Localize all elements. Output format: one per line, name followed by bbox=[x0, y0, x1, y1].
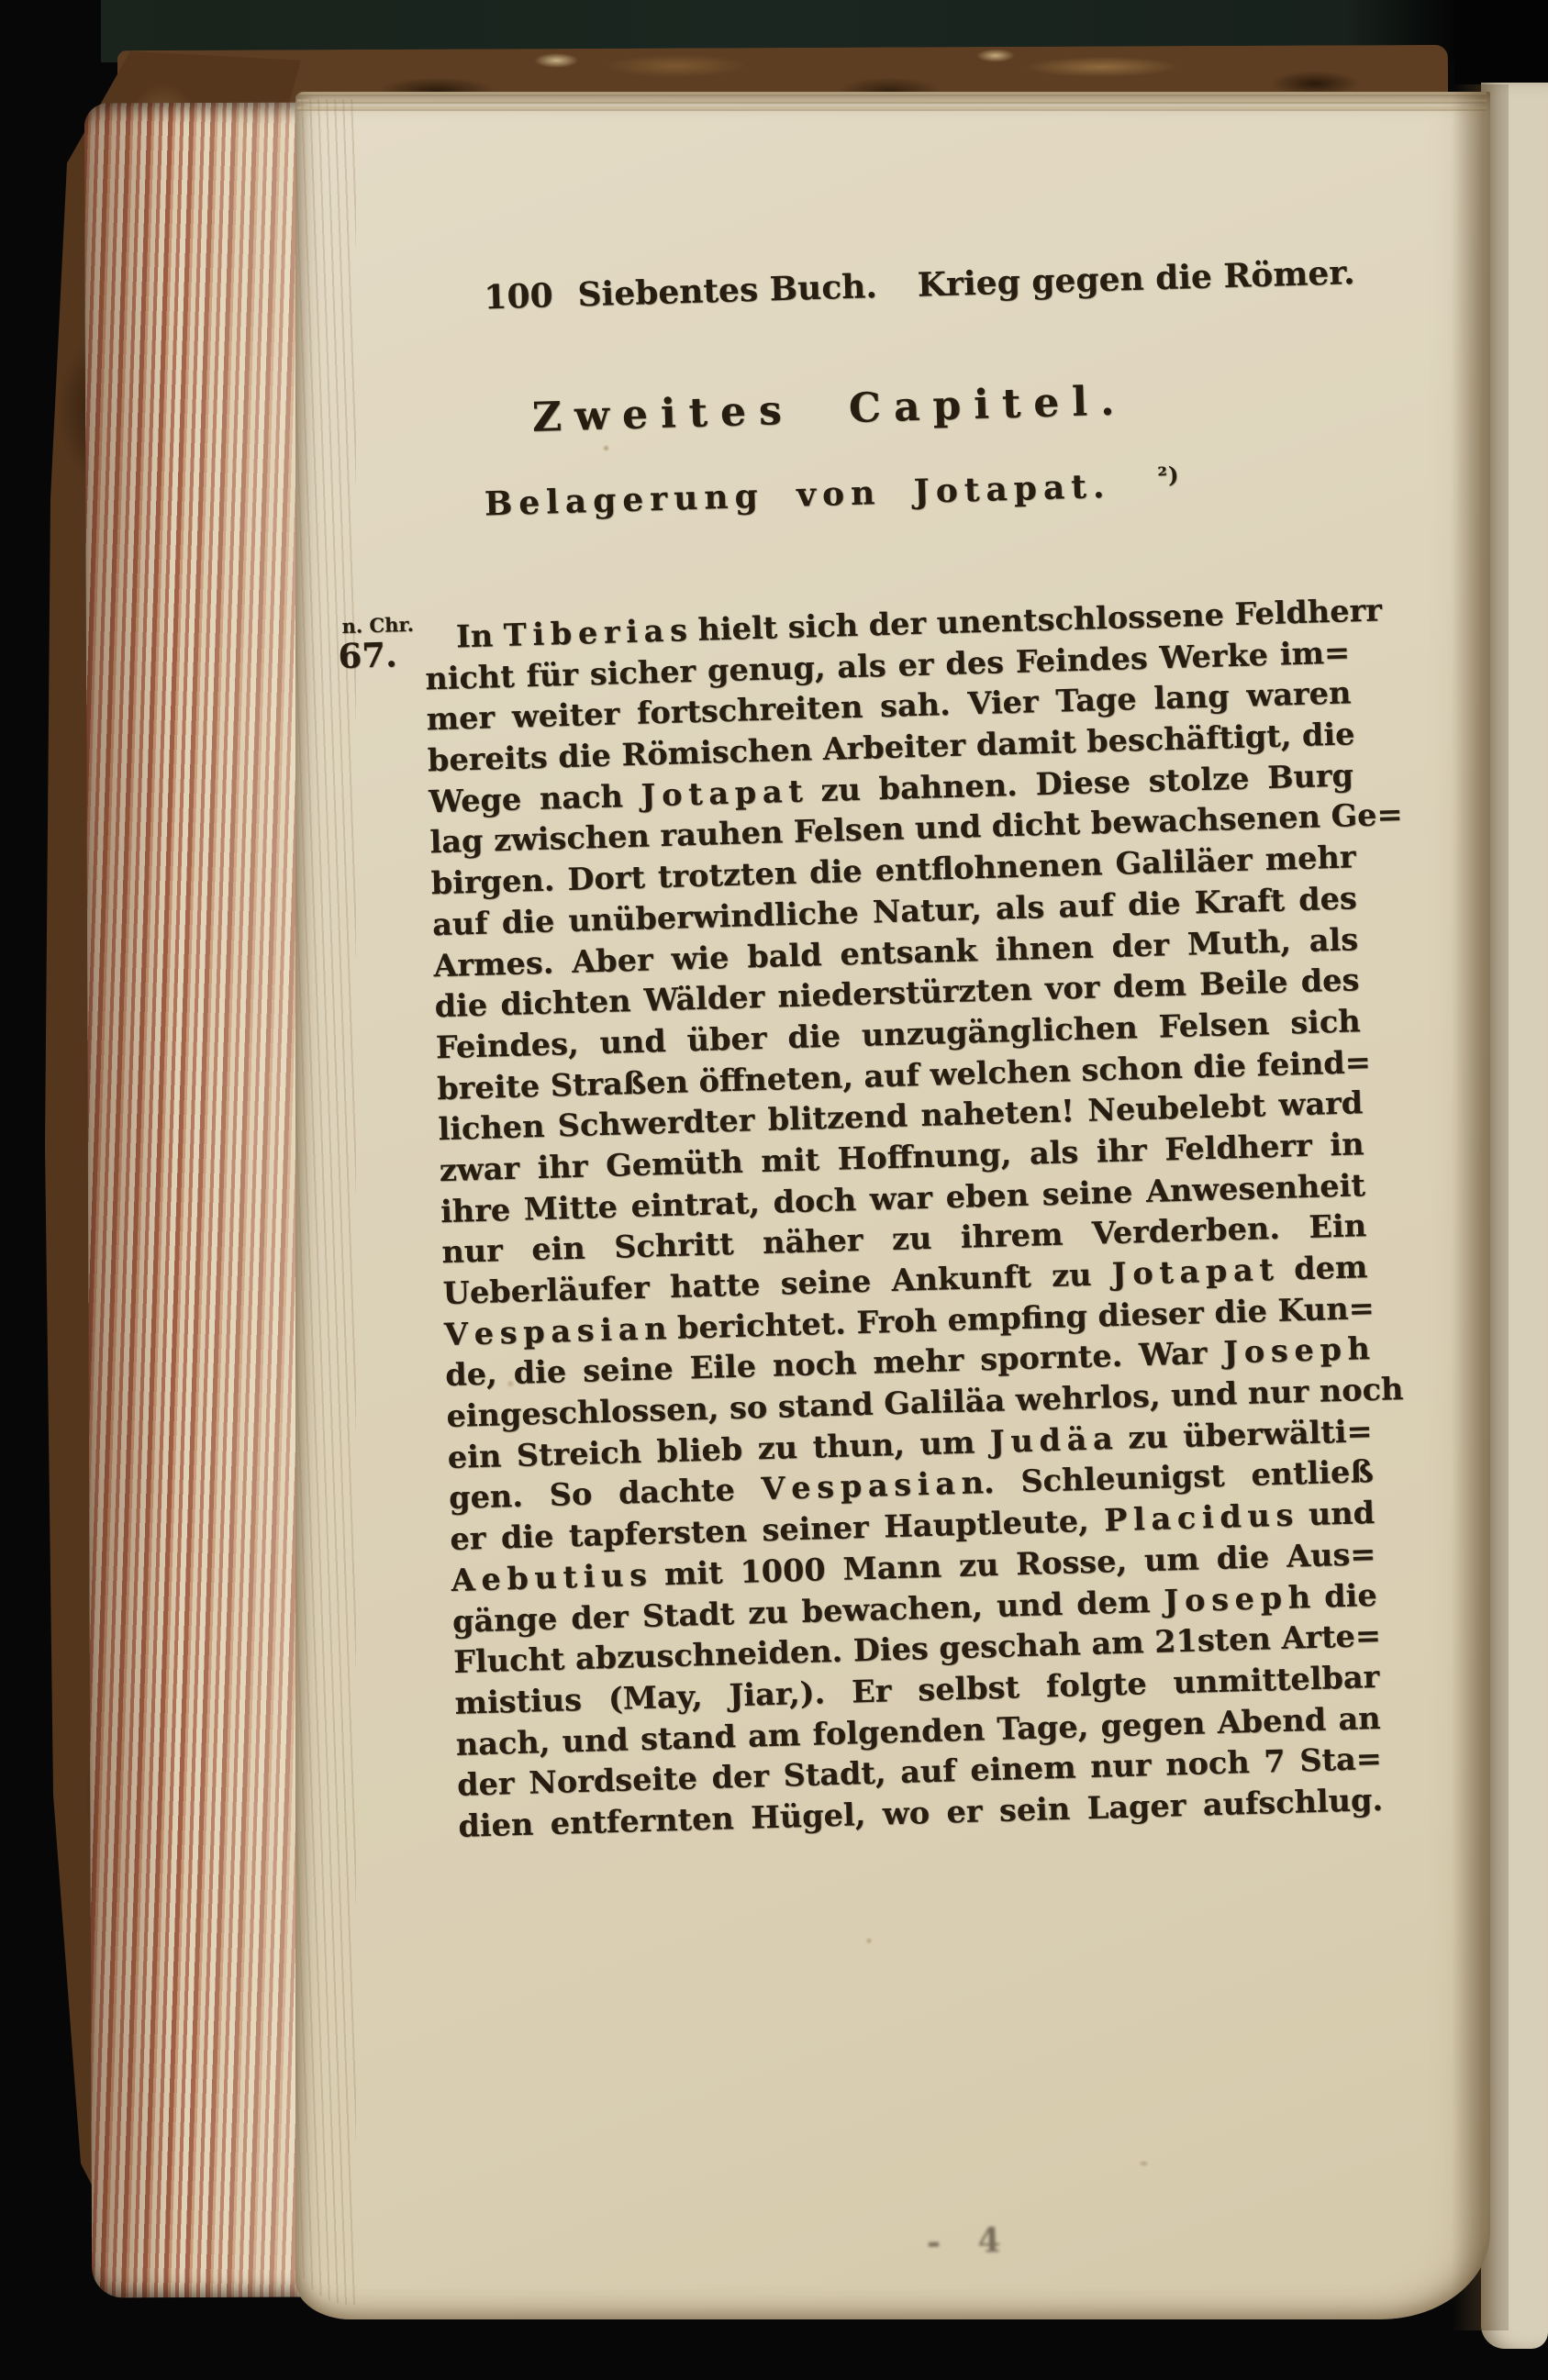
signature-mark: - 4 bbox=[926, 2221, 1014, 2263]
chapter-heading: Zweites Capitel. bbox=[317, 368, 1343, 452]
margin-note: n. Chr. 67. bbox=[318, 615, 419, 674]
body-text: n. Chr. 67. In T i b e r i a s hielt sic… bbox=[323, 591, 1384, 1850]
book-photo-background: 100 Siebentes Buch. Krieg gegen die Röme… bbox=[0, 0, 1548, 2380]
margin-note-era: n. Chr. bbox=[328, 614, 428, 636]
running-title: Krieg gegen die Römer. bbox=[917, 251, 1355, 306]
running-head: 100 Siebentes Buch. Krieg gegen die Röme… bbox=[313, 252, 1340, 324]
chapter-subtitle-text: Belagerung von Jotapat. bbox=[484, 467, 1111, 524]
background-shadow bbox=[1454, 0, 1548, 92]
book-title: Siebentes Buch. bbox=[577, 265, 878, 316]
page-fore-edges bbox=[84, 103, 323, 2298]
stacked-page-edges-top bbox=[297, 92, 1487, 112]
facing-page-edge bbox=[1481, 83, 1548, 2349]
footnote-marker: ²) bbox=[1157, 462, 1180, 489]
book-page: 100 Siebentes Buch. Krieg gegen die Röme… bbox=[295, 92, 1490, 2319]
chapter-subtitle: Belagerung von Jotapat. ²) bbox=[318, 448, 1345, 530]
page-text-block: 100 Siebentes Buch. Krieg gegen die Röme… bbox=[313, 252, 1384, 1851]
margin-note-year: 67. bbox=[317, 638, 418, 674]
page-number: 100 bbox=[484, 274, 553, 318]
